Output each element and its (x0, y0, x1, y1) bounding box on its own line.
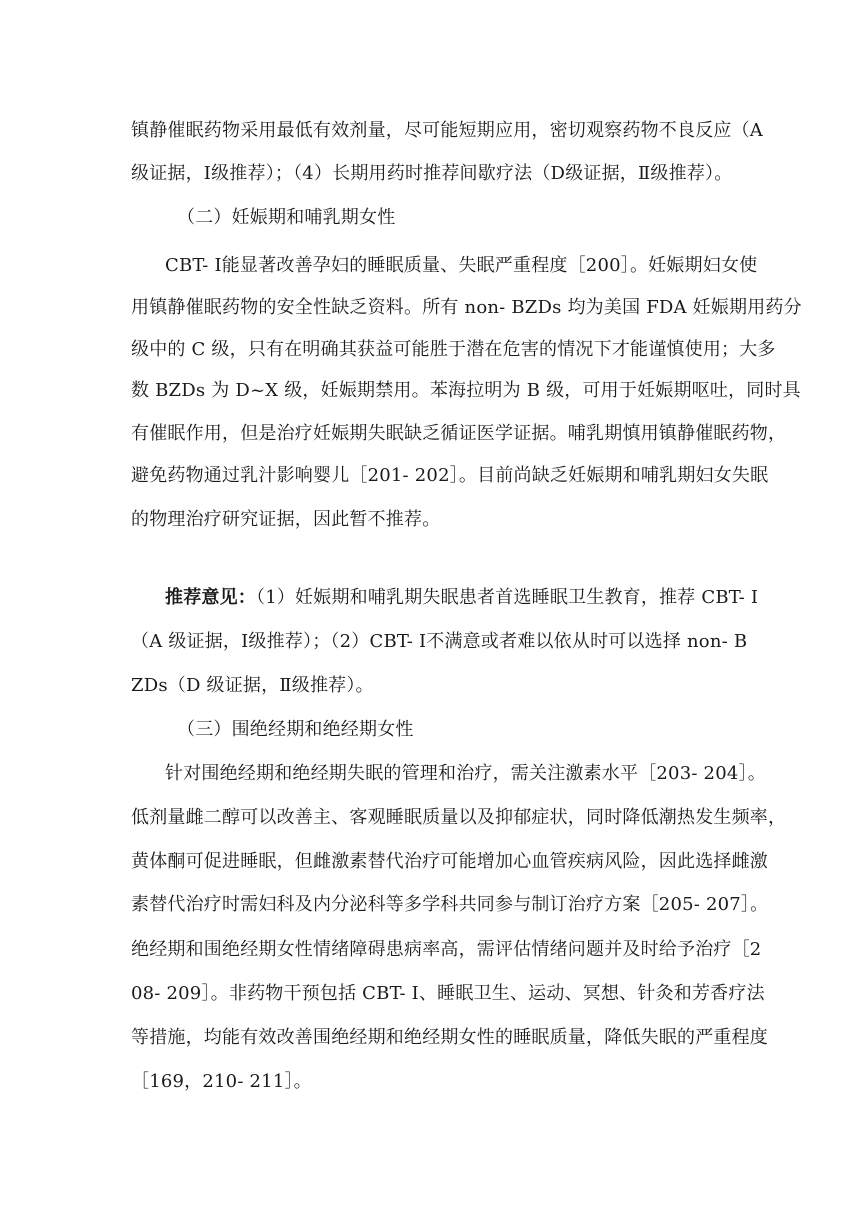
paragraph-line: 镇静催眠药物采用最低有效剂量，尽可能短期应用，密切观察药物不良反应（A (131, 117, 763, 145)
paragraph-line: CBT- Ⅰ能显著改善孕妇的睡眠质量、失眠严重程度［200］。妊娠期妇女使 (165, 252, 757, 280)
paragraph-line: 避免药物通过乳汁影响婴儿［201- 202］。目前尚缺乏妊娠期和哺乳期妇女失眠 (131, 462, 768, 490)
paragraph-line: 级中的 C 级，只有在明确其获益可能胜于潜在危害的情况下才能谨慎使用；大多 (131, 336, 776, 364)
paragraph-line: 的物理治疗研究证据，因此暂不推荐。 (131, 506, 440, 534)
paragraph-line: 绝经期和围绝经期女性情绪障碍患病率高，需评估情绪问题并及时给予治疗［2 (131, 936, 761, 964)
section-heading-menopause: （三）围绝经期和绝经期女性 (177, 716, 414, 744)
recommendation-label: 推荐意见： (165, 587, 256, 608)
section-heading-pregnancy: （二）妊娠期和哺乳期女性 (177, 204, 395, 232)
paragraph-line: 针对围绝经期和绝经期失眠的管理和治疗，需关注激素水平［203- 204］。 (165, 760, 766, 788)
paragraph-line: 用镇静催眠药物的安全性缺乏资料。所有 non- BZDs 均为美国 FDA 妊娠… (131, 294, 802, 322)
paragraph-line: 等措施，均能有效改善围绝经期和绝经期女性的睡眠质量，降低失眠的严重程度 (131, 1024, 768, 1052)
recommendation-line: （A 级证据，Ⅰ级推荐）；（2）CBT- Ⅰ不满意或者难以依从时可以选择 non… (131, 628, 747, 656)
recommendation-line: 推荐意见：（1）妊娠期和哺乳期失眠患者首选睡眠卫生教育，推荐 CBT- Ⅰ (165, 584, 758, 612)
recommendation-line: ZDs（D 级证据，Ⅱ级推荐）。 (131, 672, 374, 700)
paragraph-line: 级证据，Ⅰ级推荐）；（4）长期用药时推荐间歇疗法（D级证据，Ⅱ级推荐）。 (131, 160, 732, 188)
recommendation-text: （1）妊娠期和哺乳期失眠患者首选睡眠卫生教育，推荐 CBT- Ⅰ (256, 587, 758, 608)
paragraph-line: 黄体酮可促进睡眠，但雌激素替代治疗可能增加心血管疾病风险，因此选择雌激 (131, 848, 768, 876)
paragraph-line: 08- 209］。非药物干预包括 CBT- Ⅰ、睡眠卫生、运动、冥想、针灸和芳香… (131, 980, 765, 1008)
paragraph-line: ［169，210- 211］。 (131, 1068, 312, 1096)
paragraph-line: 有催眠作用，但是治疗妊娠期失眠缺乏循证医学证据。哺乳期慎用镇静催眠药物， (131, 420, 786, 448)
paragraph-line: 素替代治疗时需妇科及内分泌科等多学科共同参与制订治疗方案［205- 207］。 (131, 891, 768, 919)
paragraph-line: 低剂量雌二醇可以改善主、客观睡眠质量以及抑郁症状，同时降低潮热发生频率， (131, 804, 786, 832)
paragraph-line: 数 BZDs 为 D~X 级，妊娠期禁用。苯海拉明为 B 级，可用于妊娠期呕吐，… (131, 377, 801, 405)
